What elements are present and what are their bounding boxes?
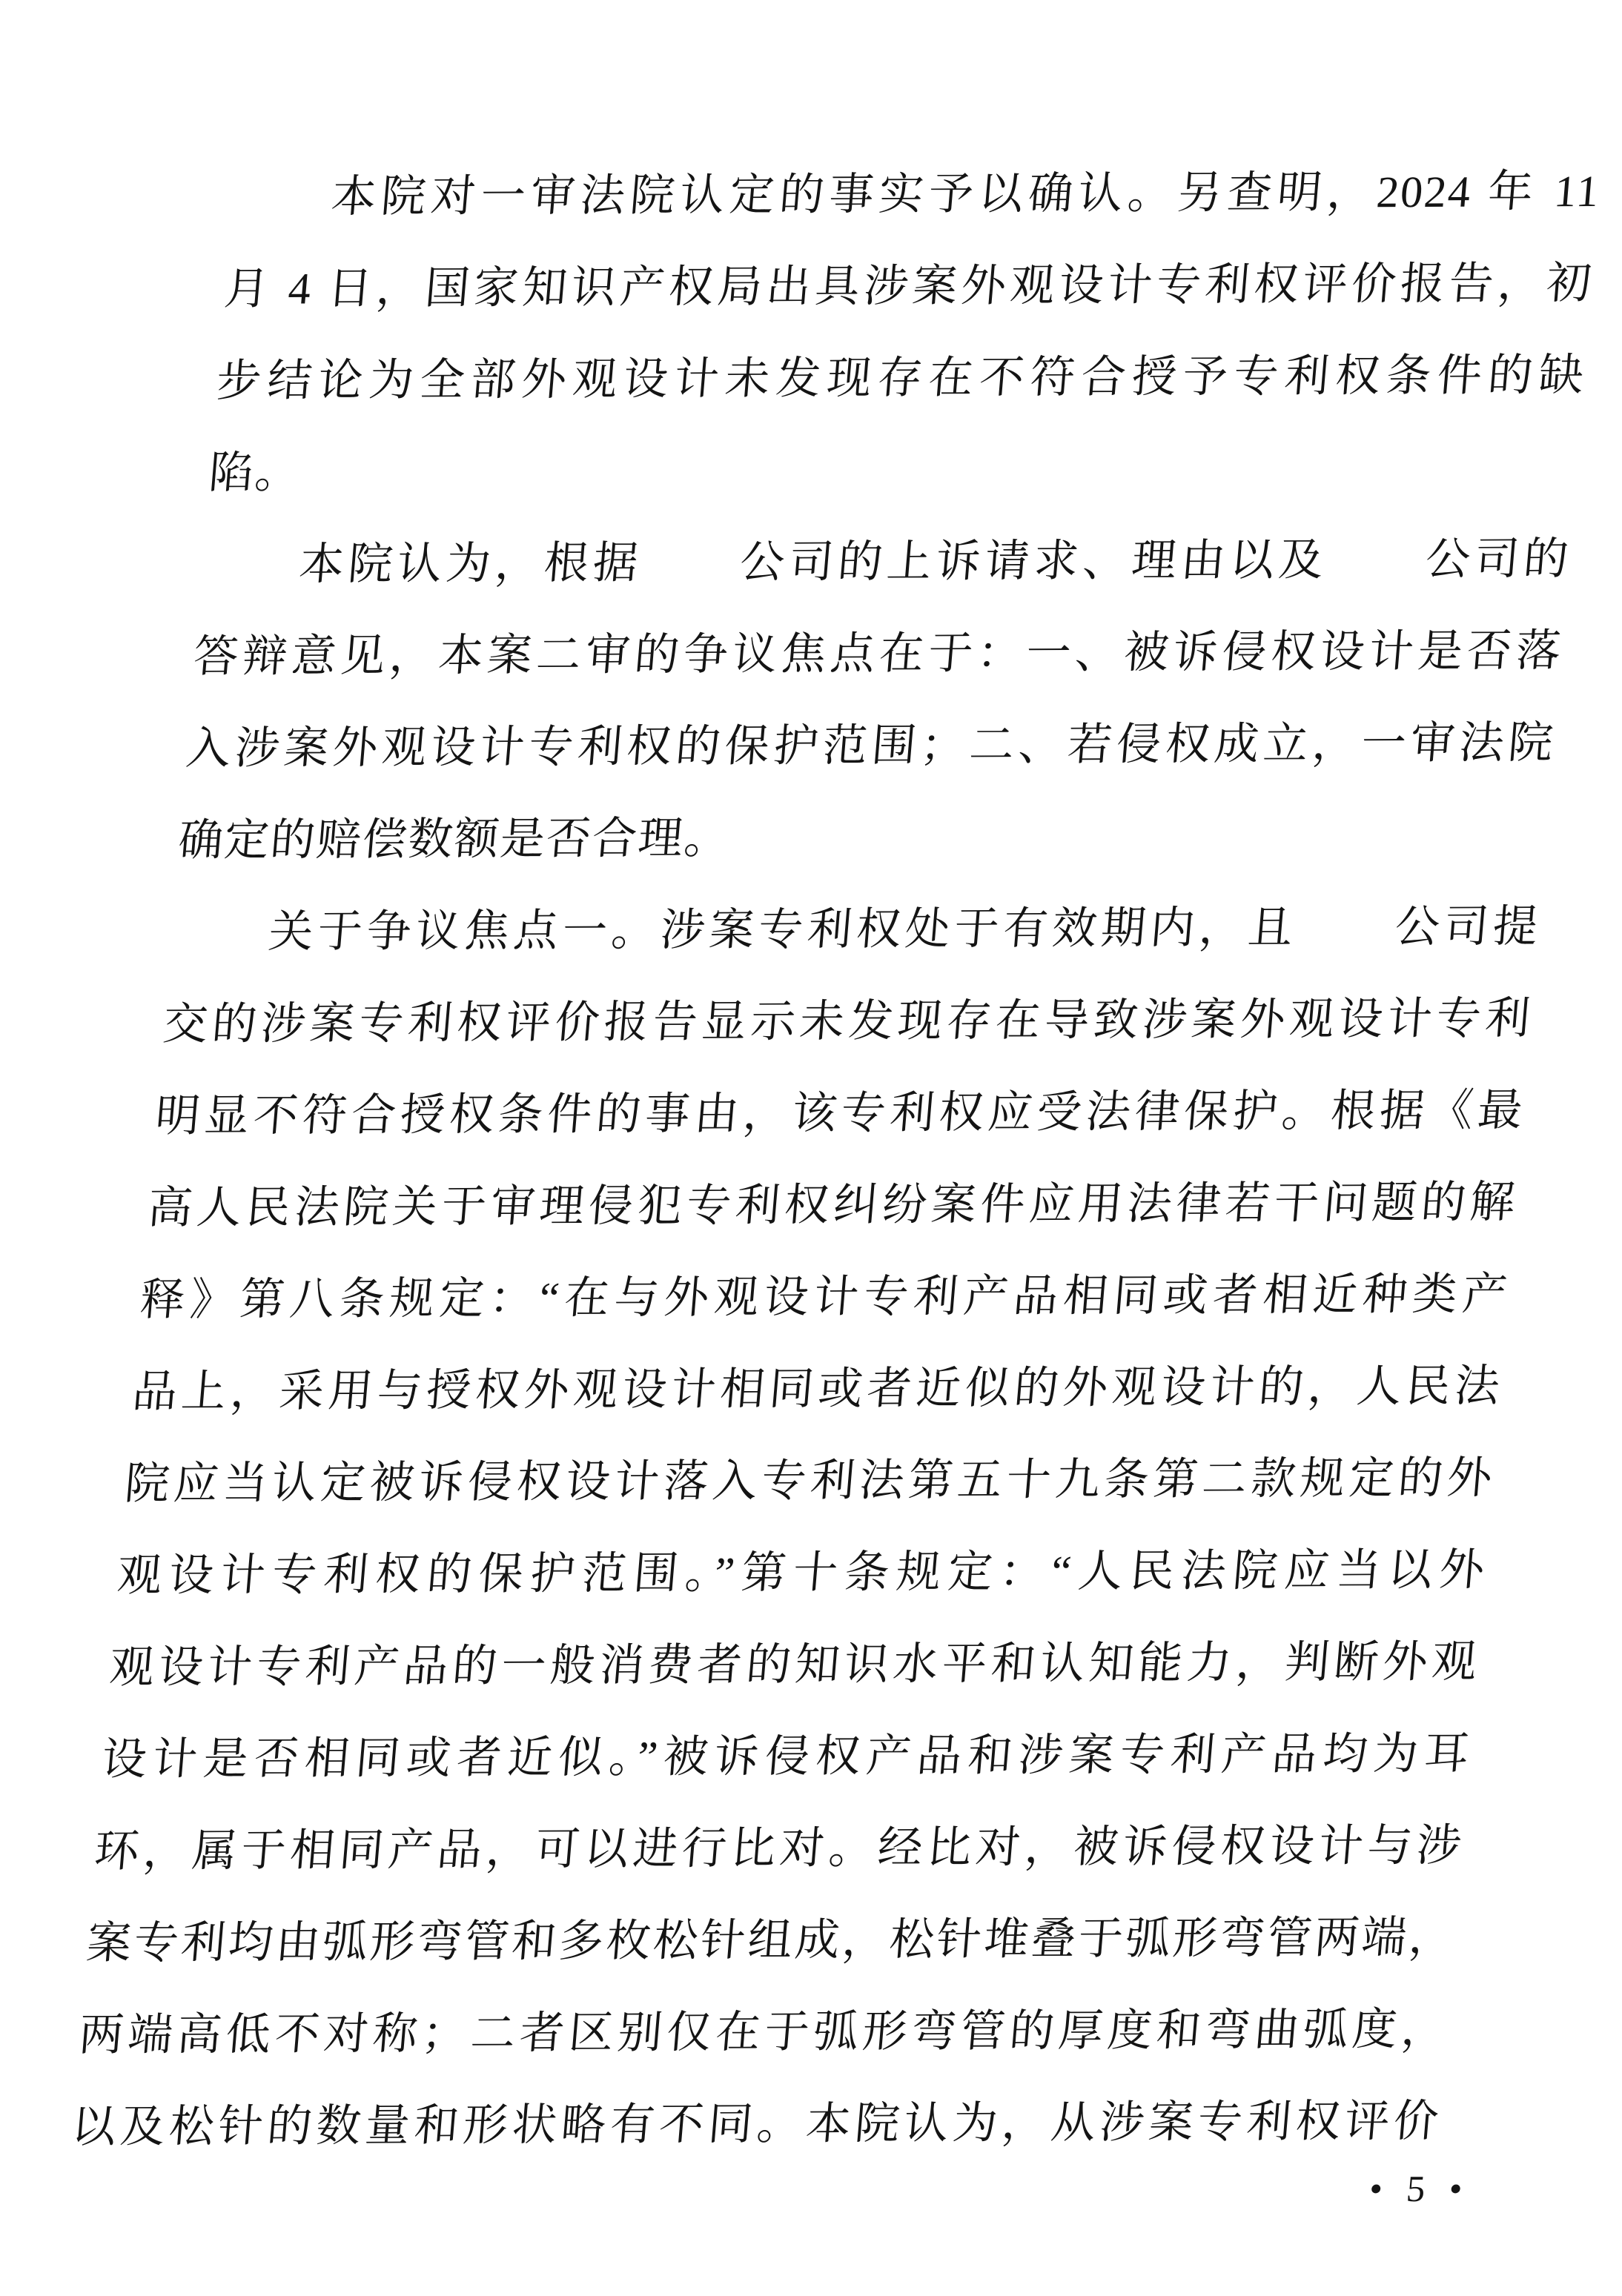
text-line: 确定的赔偿数额是否合理。 xyxy=(175,789,1551,886)
text-line: 关于争议焦点一。涉案专利权处于有效期内，且 公司提 xyxy=(167,880,1543,978)
text-line: 陷。 xyxy=(205,421,1581,519)
text-line: 观设计专利产品的一般消费者的知识水平和认知能力，判断外观 xyxy=(106,1616,1482,1713)
text-line: 两端高低不对称；二者区别仅在于弧形弯管的厚度和弯曲弧度， xyxy=(76,1983,1451,2081)
text-line: 本院认为，根据 公司的上诉请求、理由以及 公司的 xyxy=(198,513,1574,611)
text-line: 环，属于相同产品，可以进行比对。经比对，被诉侵权设计与涉 xyxy=(90,1799,1466,1897)
text-line: 交的涉案专利权评价报告显示未发现存在导致涉案外观设计专利 xyxy=(159,972,1535,1070)
text-line: 明显不符合授权条件的事由，该专利权应受法律保护。根据《最 xyxy=(152,1064,1528,1162)
text-line: 入涉案外观设计专利权的保护范围；二、若侵权成立，一审法院 xyxy=(182,697,1558,794)
text-line: 高人民法院关于审理侵犯专利权纠纷案件应用法律若干问题的解 xyxy=(144,1156,1520,1254)
text-line: 本院对一审法院认定的事实予以确认。另查明，2024 年 11 xyxy=(228,145,1604,243)
text-line: 观设计专利权的保护范围。”第十条规定：“人民法院应当以外 xyxy=(113,1524,1489,1622)
document-body: 本院对一审法院认定的事实予以确认。另查明，2024 年 11月 4 日，国家知识… xyxy=(67,145,1603,2173)
text-line: 月 4 日，国家知识产权局出具涉案外观设计专利权评价报告，初 xyxy=(220,237,1596,335)
text-line: 答辩意见，本案二审的争议焦点在于：一、被诉侵权设计是否落 xyxy=(190,605,1566,703)
text-line: 院应当认定被诉侵权设计落入专利法第五十九条第二款规定的外 xyxy=(121,1432,1497,1530)
text-line: 品上，采用与授权外观设计相同或者近似的外观设计的，人民法 xyxy=(129,1340,1505,1438)
text-line: 步结论为全部外观设计未发现存在不符合授予专利权条件的缺 xyxy=(213,329,1589,427)
text-line: 设计是否相同或者近似。”被诉侵权产品和涉案专利产品均为耳 xyxy=(99,1708,1474,1805)
text-line: 案专利均由弧形弯管和多枚松针组成，松针堆叠于弧形弯管两端， xyxy=(83,1891,1459,1989)
text-line: 以及松针的数量和形状略有不同。本院认为，从涉案专利权评价 xyxy=(67,2075,1443,2173)
scanned-page: 本院对一审法院认定的事实予以确认。另查明，2024 年 11月 4 日，国家知识… xyxy=(0,0,1622,2296)
text-line: 释》第八条规定：“在与外观设计专利产品相同或者相近种类产 xyxy=(136,1248,1512,1346)
page-number: • 5 • xyxy=(1332,2163,1507,2214)
